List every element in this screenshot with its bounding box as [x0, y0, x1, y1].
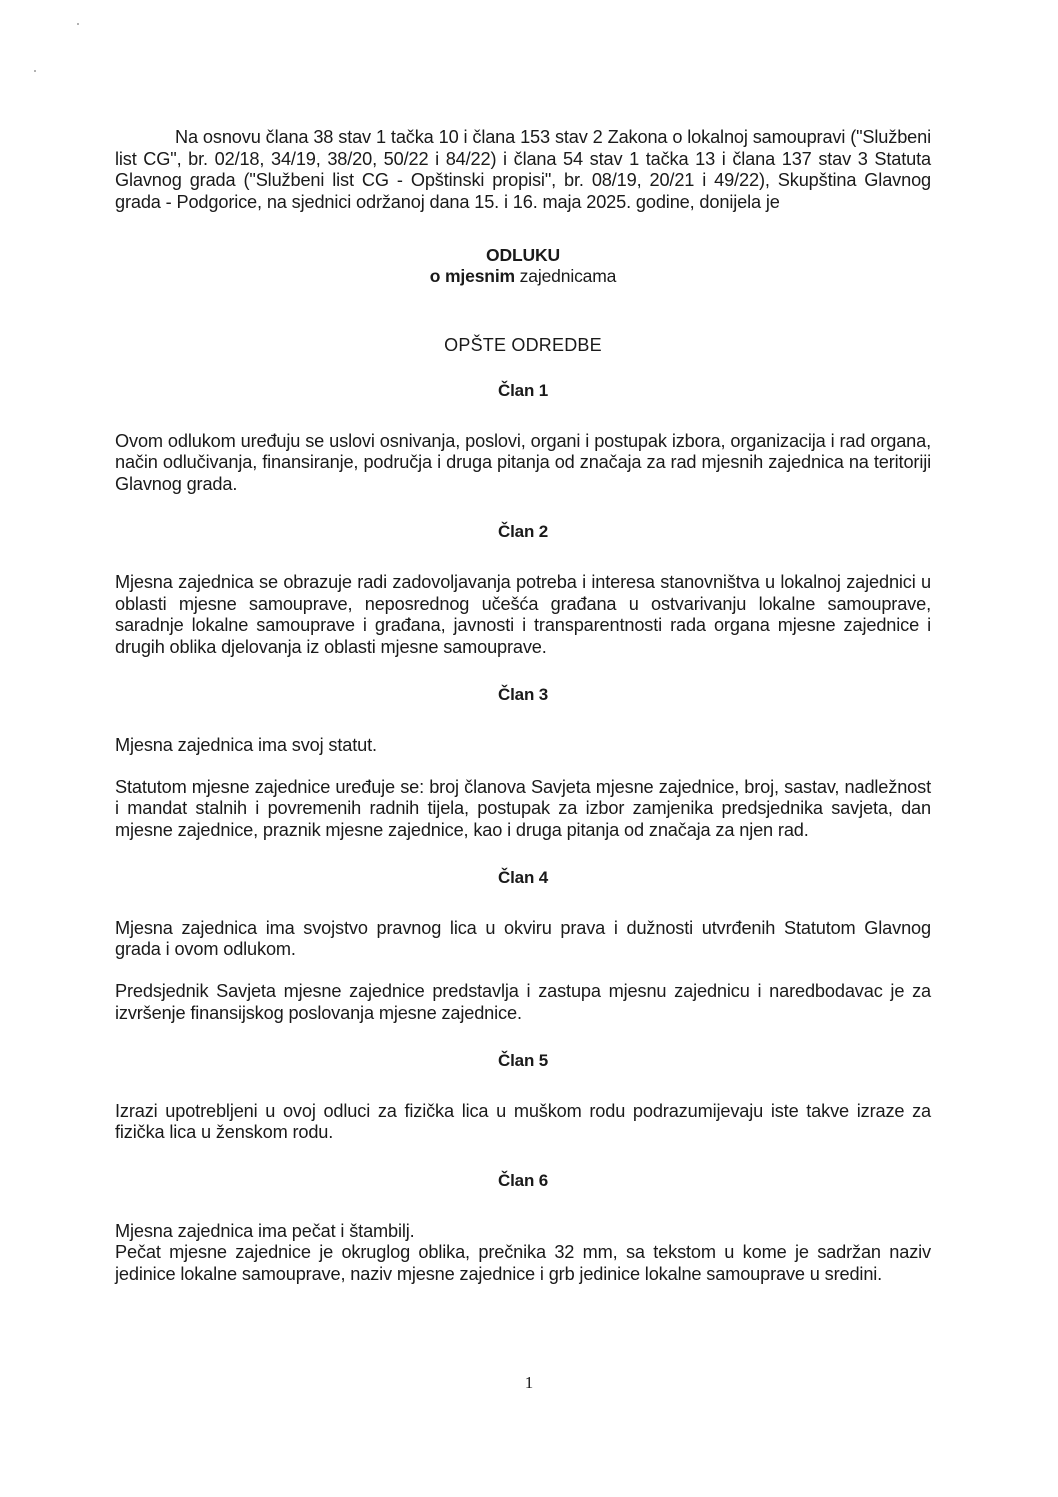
- scan-speck: [77, 23, 79, 25]
- decision-subtitle-rest: zajednicama: [520, 266, 617, 286]
- decision-title: ODLUKU: [115, 245, 931, 266]
- article-1-heading: Član 1: [115, 380, 931, 402]
- preamble: Na osnovu člana 38 stav 1 tačka 10 i čla…: [115, 127, 931, 213]
- page-number: 1: [0, 1373, 1058, 1393]
- article-2-heading: Član 2: [115, 521, 931, 543]
- article-6-heading: Član 6: [115, 1170, 931, 1192]
- article-4-paragraph-2: Predsjednik Savjeta mjesne zajednice pre…: [115, 981, 931, 1024]
- article-2-paragraph: Mjesna zajednica se obrazuje radi zadovo…: [115, 572, 931, 658]
- article-5-paragraph: Izrazi upotrebljeni u ovoj odluci za fiz…: [115, 1101, 931, 1144]
- article-5-heading: Član 5: [115, 1050, 931, 1072]
- article-6-paragraph-1: Mjesna zajednica ima pečat i štambilj.: [115, 1221, 931, 1243]
- article-3-paragraph-2: Statutom mjesne zajednice uređuje se: br…: [115, 777, 931, 842]
- article-3-heading: Član 3: [115, 684, 931, 706]
- article-3-paragraph-1: Mjesna zajednica ima svoj statut.: [115, 735, 931, 757]
- decision-subtitle-bold: o mjesnim: [430, 266, 515, 286]
- article-4-paragraph-1: Mjesna zajednica ima svojstvo pravnog li…: [115, 918, 931, 961]
- section-title: OPŠTE ODREDBE: [115, 335, 931, 357]
- decision-title-block: ODLUKU o mjesnim zajednicama: [115, 245, 931, 287]
- article-4-heading: Član 4: [115, 867, 931, 889]
- article-1-paragraph: Ovom odlukom uređuju se uslovi osnivanja…: [115, 431, 931, 496]
- decision-subtitle: o mjesnim zajednicama: [115, 266, 931, 287]
- document-body: Na osnovu člana 38 stav 1 tačka 10 i čla…: [115, 127, 931, 1285]
- document-page: Na osnovu člana 38 stav 1 tačka 10 i čla…: [0, 0, 1058, 1497]
- article-6-paragraph-2: Pečat mjesne zajednice je okruglog oblik…: [115, 1242, 931, 1285]
- scan-speck: [34, 70, 36, 72]
